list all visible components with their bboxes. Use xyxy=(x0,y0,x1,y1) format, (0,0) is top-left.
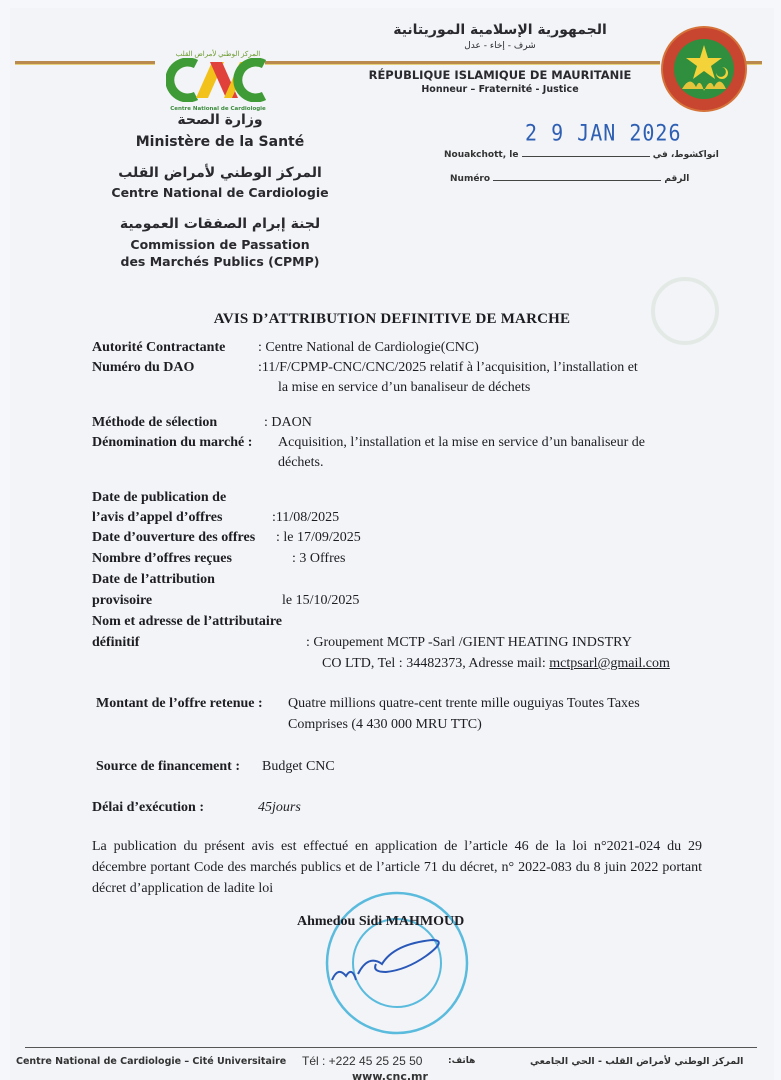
value-autorite: : Centre National de Cardiologie(CNC) xyxy=(258,338,479,358)
official-stamp-icon xyxy=(322,888,472,1038)
value-numero-dao: :11/F/CPMP-CNC/CNC/2025 relatif à l’acqu… xyxy=(258,358,638,378)
value-attributaire-line2: CO LTD, Tel : 34482373, Adresse mail: mc… xyxy=(322,654,670,674)
field-date-attribution: Date de l’attribution xyxy=(92,570,215,590)
footer-address-ar: المركز الوطني لأمراض القلب - الحي الجامع… xyxy=(530,1056,743,1067)
commission-arabic: لجنة إبرام الصفقات العمومية xyxy=(80,216,360,232)
signer-name: Ahmedou Sidi MAHMOUD xyxy=(297,914,464,930)
value-numero-dao-line2: la mise en service d’un banaliseur de dé… xyxy=(278,378,530,398)
value-denomination-line2: déchets. xyxy=(278,453,323,473)
republic-arabic: الجمهورية الإسلامية الموريتانية xyxy=(355,22,645,38)
field-date-ouverture: Date d’ouverture des offres xyxy=(92,528,255,548)
footer-phone: Tél : +222 45 25 25 50 xyxy=(302,1054,422,1068)
number-label: Numéro xyxy=(450,174,490,184)
field-nombre-offres: Nombre d’offres reçues xyxy=(92,549,232,569)
header-rule-mid xyxy=(265,61,660,65)
date-stamp: 2 9 JAN 2026 xyxy=(525,120,682,146)
field-delai: Délai d’exécution : xyxy=(92,798,204,818)
value-source-financement: Budget CNC xyxy=(262,757,335,777)
ministry-french: Ministère de la Santé xyxy=(80,134,360,150)
value-date-attribution: le 15/10/2025 xyxy=(282,591,359,611)
commission-french-line2: des Marchés Publics (CPMP) xyxy=(80,254,360,269)
document-page: المركز الوطني لأمراض القلب Centre Nation… xyxy=(10,8,774,1080)
field-denomination: Dénomination du marché : xyxy=(92,433,252,453)
place-date-field: Nouakchott, le انواكشوط، في xyxy=(444,150,719,160)
motto-french: Honneur – Fraternité - Justice xyxy=(355,84,645,95)
field-source-financement: Source de financement : xyxy=(96,757,240,777)
place-date-label-ar: انواكشوط، في xyxy=(653,150,719,160)
field-attributaire-line2: définitif xyxy=(92,633,139,653)
field-date-publication-line2: l’avis d’appel d’offres xyxy=(92,508,222,528)
number-field: Numéro الرقم xyxy=(450,174,689,184)
field-montant: Montant de l’offre retenue : xyxy=(96,694,263,714)
republic-french: RÉPUBLIQUE ISLAMIQUE DE MAURITANIE xyxy=(355,68,645,82)
value-date-ouverture: : le 17/09/2025 xyxy=(276,528,361,548)
value-delai: 45jours xyxy=(258,798,301,818)
cnc-logo-icon xyxy=(166,58,270,102)
value-denomination: Acquisition, l’installation et la mise e… xyxy=(278,433,645,453)
document-title: AVIS D’ATTRIBUTION DEFINITIVE DE MARCHE xyxy=(10,311,774,328)
field-date-publication: Date de publication de xyxy=(92,488,226,508)
value-methode: : DAON xyxy=(264,413,312,433)
field-attributaire: Nom et adresse de l’attributaire xyxy=(92,612,282,632)
cnc-logo: المركز الوطني لأمراض القلب Centre Nation… xyxy=(158,36,278,116)
mauritania-coat-of-arms-icon xyxy=(660,25,748,113)
field-autorite: Autorité Contractante xyxy=(92,338,225,358)
number-line xyxy=(493,180,661,181)
footer-website[interactable]: www.cnc.mr xyxy=(352,1070,428,1080)
place-date-line xyxy=(522,156,650,157)
field-numero-dao: Numéro du DAO xyxy=(92,358,194,378)
ministry-arabic: وزارة الصحة xyxy=(80,112,360,128)
value-nombre-offres: : 3 Offres xyxy=(292,549,345,569)
value-montant-line2: Comprises (4 430 000 MRU TTC) xyxy=(288,715,482,735)
centre-french: Centre National de Cardiologie xyxy=(80,185,360,200)
footer-rule xyxy=(25,1047,757,1048)
logo-arabic-text: المركز الوطني لأمراض القلب xyxy=(166,50,270,58)
centre-arabic: المركز الوطني لأمراض القلب xyxy=(80,165,360,181)
header-rule-left xyxy=(15,61,155,65)
footer-phone-label-ar: :هاتف xyxy=(448,1056,475,1066)
value-montant: Quatre millions quatre-cent trente mille… xyxy=(288,694,640,714)
value-date-publication: :11/08/2025 xyxy=(272,508,339,528)
place-date-label: Nouakchott, le xyxy=(444,150,518,160)
field-date-attribution-line2: provisoire xyxy=(92,591,152,611)
email-link[interactable]: mctpsarl@gmail.com xyxy=(549,656,670,671)
footer-address-fr: Centre National de Cardiologie – Cité Un… xyxy=(16,1056,286,1067)
value-attributaire: : Groupement MCTP -Sarl /GIENT HEATING I… xyxy=(306,633,632,653)
commission-french-line1: Commission de Passation xyxy=(80,237,360,252)
motto-arabic: شرف - إخاء - عدل xyxy=(355,41,645,51)
number-label-ar: الرقم xyxy=(664,174,689,184)
field-methode: Méthode de sélection xyxy=(92,413,217,433)
